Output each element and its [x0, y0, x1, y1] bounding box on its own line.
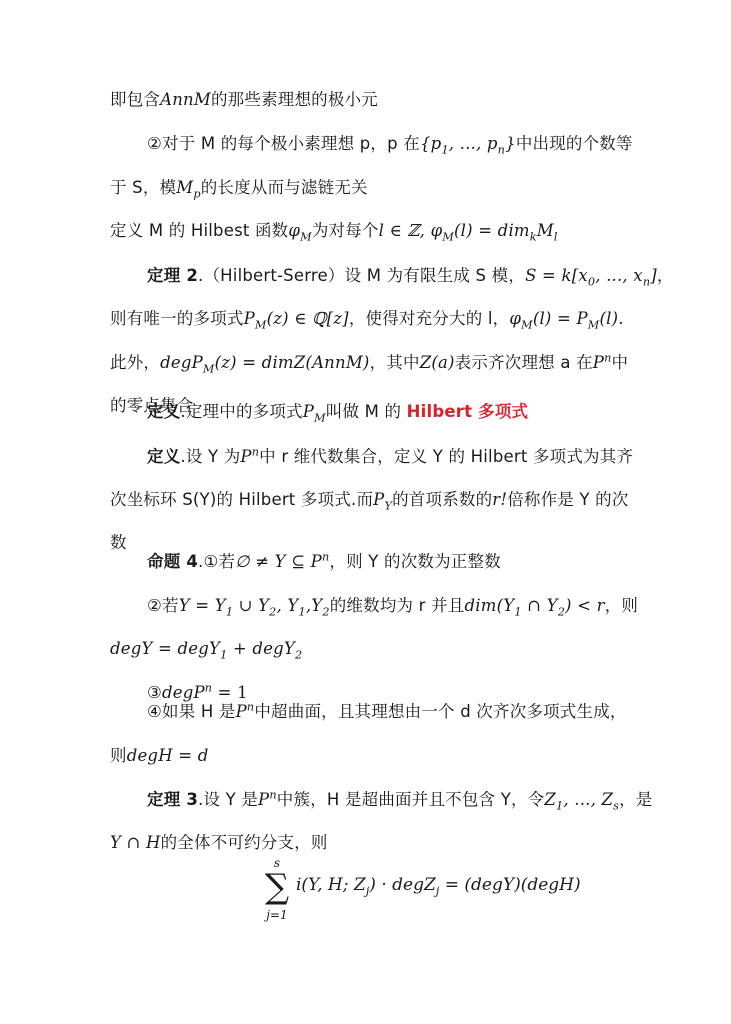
- theorem-2-line-3: 此外，degPM(z) = dimZ(AnnM)，其中Z(a)表示齐次理想 a …: [110, 351, 628, 375]
- subscript: M: [588, 318, 600, 331]
- math-part: , ..., x: [595, 266, 643, 285]
- math: φM(l) = PM(l).: [509, 309, 623, 328]
- math-part: Y = Y: [179, 596, 226, 615]
- math-part: P: [373, 490, 384, 509]
- subscript: n: [498, 143, 505, 156]
- math-part: ,Y: [306, 596, 323, 615]
- math-part: i(Y, H; Z: [296, 875, 366, 895]
- math-part: M: [537, 221, 554, 240]
- math-part: ∅ ≠ Y ⊆ P: [235, 552, 322, 571]
- math-part: }: [505, 134, 516, 153]
- text: ，其中: [370, 353, 420, 372]
- subscript: 1: [299, 605, 306, 618]
- proposition-4-item-4: ④如果 H 是Pn中超曲面，且其理想由一个 d 次齐次多项式生成，: [147, 700, 627, 724]
- text-line-hilbert-function: 定义 M 的 Hilbest 函数φM为对每个l ∈ ℤ, φM(l) = di…: [110, 219, 558, 243]
- text: 则有唯一的多项式: [110, 309, 244, 328]
- proposition-4-item-4-cont: 则degH = d: [110, 744, 208, 768]
- subscript: l: [554, 230, 558, 243]
- text: .（Hilbert-Serre）设 M 为有限生成 S 模，: [198, 266, 525, 285]
- math: Pn: [236, 702, 255, 721]
- math-part: l ∈ ℤ, φ: [379, 221, 443, 240]
- highlight-term: Hilbert 多项式: [407, 402, 529, 421]
- math-part: P: [303, 402, 314, 421]
- proposition-4-item-2: ②若Y = Y1 ∪ Y2, Y1,Y2的维数均为 r 并且dim(Y1 ∩ Y…: [147, 594, 638, 618]
- math: r!: [492, 490, 507, 509]
- math-part: ) · degZ: [369, 875, 435, 895]
- math-part: P: [244, 309, 255, 328]
- math-part: P: [258, 790, 269, 809]
- subscript: M: [314, 411, 326, 424]
- math: PM(z) ∈ ℚ[z]: [244, 309, 349, 328]
- superscript: n: [604, 352, 611, 365]
- math-part: ∪ Y: [233, 596, 269, 615]
- subscript: M: [255, 318, 267, 331]
- text: ，则: [605, 596, 638, 615]
- proposition-4-item-1: 命题 4.①若∅ ≠ Y ⊆ Pn，则 Y 的次数为正整数: [147, 550, 501, 574]
- text: ②若: [147, 596, 179, 615]
- math: AnnM: [160, 90, 211, 109]
- math-part: M: [176, 178, 193, 197]
- theorem-3-line-2: Y ∩ H的全体不可约分支，则: [110, 831, 328, 855]
- math: φM: [288, 221, 311, 240]
- theorem-2-line-1: 定理 2.（Hilbert-Serre）设 M 为有限生成 S 模，S = k[…: [147, 264, 674, 288]
- sigma-icon: ∑: [262, 870, 292, 904]
- math: Z1, ..., Zs: [544, 790, 619, 809]
- subscript: 1: [514, 605, 521, 618]
- math: S = k[x0, ..., xn]: [525, 266, 657, 285]
- subscript: Y: [384, 499, 392, 512]
- definition-2-line-3: 数: [110, 531, 127, 555]
- definition-2-line-2: 次坐标环 S(Y)的 Hilbert 多项式.而PY的首项系数的r!倍称作是 Y…: [110, 488, 629, 512]
- text: ②对于 M 的每个极小素理想 p，p 在: [147, 134, 420, 153]
- proposition-label: 命题 4: [147, 552, 198, 571]
- math-part: , ..., Z: [563, 790, 613, 809]
- text: 即包含: [110, 90, 160, 109]
- math-part: = (degY)(degH): [439, 875, 580, 895]
- math-part: S = k[x: [525, 266, 588, 285]
- text: 则: [110, 746, 127, 765]
- math-part: P: [236, 702, 247, 721]
- superscript: n: [269, 789, 276, 802]
- text: 的长度从而与滤链无关: [201, 178, 368, 197]
- theorem-2-line-2: 则有唯一的多项式PM(z) ∈ ℚ[z]，使得对充分大的 l，φM(l) = P…: [110, 307, 624, 331]
- text: 中出现的个数等: [516, 134, 633, 153]
- subscript: 2: [295, 648, 302, 661]
- math: PY: [373, 490, 392, 509]
- math-part: (l) = P: [533, 309, 588, 328]
- text: 此外，: [110, 353, 160, 372]
- math: PM: [303, 402, 326, 421]
- subscript: M: [442, 230, 454, 243]
- math: Z(a): [420, 353, 455, 372]
- subscript: 2: [322, 605, 329, 618]
- subscript: p: [193, 187, 200, 200]
- math-part: φ: [288, 221, 300, 240]
- math-part: degP: [160, 353, 203, 372]
- text: 的首项系数的: [392, 490, 492, 509]
- text-line-annm: 即包含AnnM的那些素理想的极小元: [110, 88, 378, 112]
- math-part: {p: [420, 134, 441, 153]
- subscript: M: [521, 318, 533, 331]
- text-line-length: 于 S，模Mp的长度从而与滤链无关: [110, 176, 368, 200]
- text: 倍称作是 Y 的次: [507, 490, 628, 509]
- math-part: Z: [544, 790, 556, 809]
- document-page: 即包含AnnM的那些素理想的极小元 ②对于 M 的每个极小素理想 p，p 在{p…: [0, 0, 731, 1024]
- text: 于 S，模: [110, 178, 176, 197]
- subscript: 2: [558, 605, 565, 618]
- text: .设 Y 为: [180, 447, 240, 466]
- definition-label: 定义: [147, 447, 180, 466]
- math-part: ]: [650, 266, 657, 285]
- math: degY = degY1 + degY2: [110, 639, 302, 658]
- math-part: (z) ∈ ℚ[z]: [267, 309, 349, 328]
- text: ，使得对充分大的 l，: [349, 309, 510, 328]
- text: .设 Y 是: [198, 790, 258, 809]
- math: l ∈ ℤ, φM(l) = dimkMl: [379, 221, 558, 240]
- subscript: 1: [441, 143, 448, 156]
- formula-body: i(Y, H; Zj) · degZj = (degY)(degH): [296, 875, 581, 895]
- text: 次坐标环 S(Y)的 Hilbert 多项式.而: [110, 490, 373, 509]
- math-part: φ: [509, 309, 521, 328]
- theorem-label: 定理 2: [147, 266, 198, 285]
- subscript: k: [530, 230, 537, 243]
- text-line-item-2: ②对于 M 的每个极小素理想 p，p 在{p1, ..., pn}中出现的个数等: [147, 132, 633, 156]
- math-part: (l) = dim: [454, 221, 530, 240]
- math-part: (l).: [599, 309, 623, 328]
- text: ④如果 H 是: [147, 702, 236, 721]
- text: .定理中的多项式: [180, 402, 302, 421]
- definition-label: 定义: [147, 402, 180, 421]
- math-part: ∩ Y: [522, 596, 558, 615]
- math-part: ) < r: [565, 596, 605, 615]
- math: Y = Y1 ∪ Y2, Y1,Y2: [179, 596, 330, 615]
- math-part: + degY: [227, 639, 295, 658]
- math: dim(Y1 ∩ Y2) < r: [465, 596, 605, 615]
- text: 中超曲面，且其理想由一个 d 次齐次多项式生成，: [254, 702, 626, 721]
- text: 表示齐次理想 a 在: [455, 353, 593, 372]
- definition-1-line: 定义.定理中的多项式PM叫做 M 的 Hilbert 多项式: [147, 400, 528, 424]
- math: degH = d: [127, 746, 209, 765]
- math-part: (z) = dimZ(AnnM): [215, 353, 370, 372]
- text: 数: [110, 533, 127, 552]
- text: 叫做 M 的: [326, 402, 407, 421]
- summation-symbol: s ∑ j=1: [262, 870, 292, 904]
- definition-2-line-1: 定义.设 Y 为Pn中 r 维代数集合，定义 Y 的 Hilbert 多项式为其…: [147, 445, 633, 469]
- text: ，是: [619, 790, 652, 809]
- math: Pn: [258, 790, 277, 809]
- text: ，则 Y 的次数为正整数: [329, 552, 500, 571]
- subscript: M: [203, 362, 215, 375]
- math-part: dim(Y: [465, 596, 515, 615]
- summation-formula: s ∑ j=1 i(Y, H; Zj) · degZj = (degY)(deg…: [262, 858, 582, 938]
- text: 中 r 维代数集合，定义 Y 的 Hilbert 多项式为其齐: [259, 447, 633, 466]
- math-part: degY = degY: [110, 639, 220, 658]
- text: 的全体不可约分支，则: [161, 833, 328, 852]
- math: degPM(z) = dimZ(AnnM): [160, 353, 369, 372]
- math: Y ∩ H: [110, 833, 161, 852]
- math: Mp: [176, 178, 201, 197]
- text: .①若: [198, 552, 235, 571]
- text: 的维数均为 r 并且: [330, 596, 465, 615]
- proposition-4-item-2-formula: degY = degY1 + degY2: [110, 637, 302, 661]
- theorem-3-line-1: 定理 3.设 Y 是Pn中簇，H 是超曲面并且不包含 Y，令Z1, ..., Z…: [147, 788, 653, 812]
- math-part: P: [240, 447, 251, 466]
- math: {p1, ..., pn}: [420, 134, 516, 153]
- math: Pn: [240, 447, 259, 466]
- math: ∅ ≠ Y ⊆ Pn: [235, 552, 329, 571]
- text: 的那些素理想的极小元: [211, 90, 378, 109]
- math-part: , ..., p: [449, 134, 498, 153]
- text: ，: [657, 266, 674, 285]
- text: 为对每个: [312, 221, 379, 240]
- subscript: M: [300, 230, 312, 243]
- theorem-label: 定理 3: [147, 790, 198, 809]
- text: 中: [612, 353, 629, 372]
- math-part: , Y: [277, 596, 299, 615]
- subscript: 2: [269, 605, 276, 618]
- sum-upper-limit: s: [262, 856, 292, 870]
- text: 定义 M 的 Hilbest 函数: [110, 221, 288, 240]
- math-part: P: [593, 353, 604, 372]
- text: 中簇，H 是超曲面并且不包含 Y，令: [277, 790, 545, 809]
- math: Pn: [593, 353, 612, 372]
- sum-lower-limit: j=1: [262, 908, 292, 922]
